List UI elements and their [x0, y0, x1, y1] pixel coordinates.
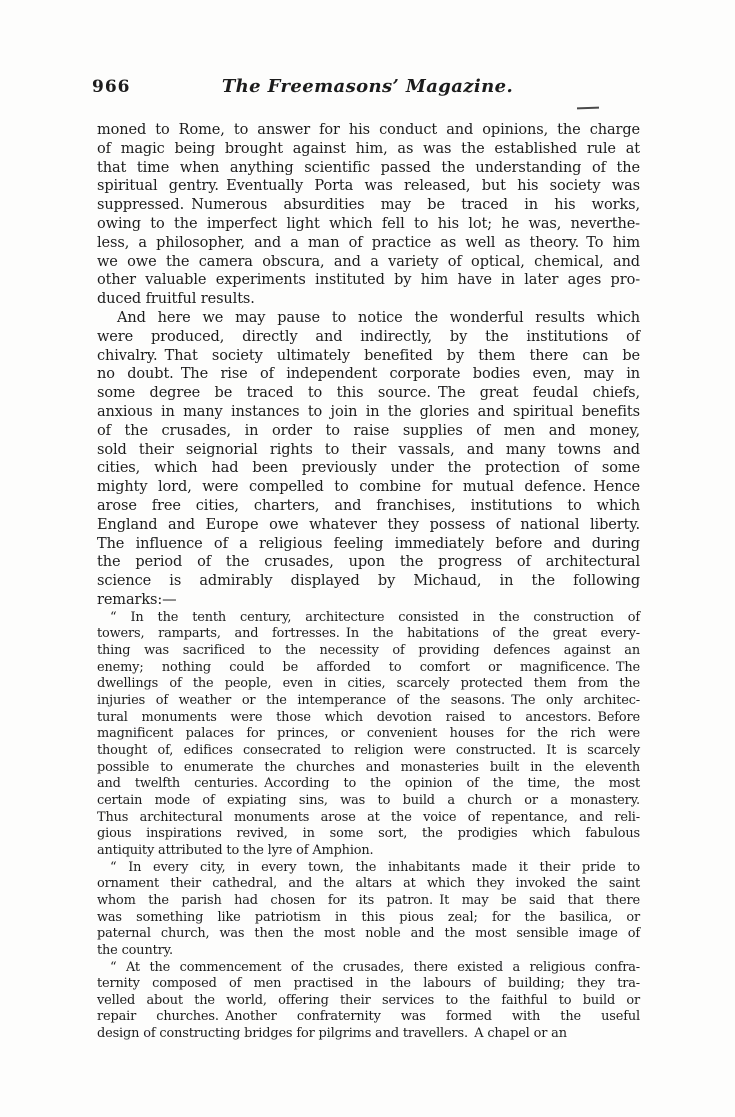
- text-line: less, a philosopher, and a man of practi…: [97, 234, 640, 253]
- text-line: gious inspirations revived, in some sort…: [97, 826, 640, 843]
- text-line: “ In the tenth century, architecture con…: [97, 610, 640, 627]
- text-line: enemy; nothing could be afforded to comf…: [97, 660, 640, 677]
- text-line: anxious in many instances to join in the…: [97, 403, 640, 422]
- text-line: some degree be traced to this source. Th…: [97, 384, 640, 403]
- text-line: science is admirably displayed by Michau…: [97, 572, 640, 591]
- ink-dash-mark: [577, 107, 599, 110]
- text-body: moned to Rome, to answer for his conduct…: [97, 121, 640, 1043]
- text-line: remarks:—: [97, 591, 640, 610]
- text-line: thing was sacrificed to the necessity of…: [97, 643, 640, 660]
- text-line: and twelfth centuries. According to the …: [97, 776, 640, 793]
- text-line: was something like patriotism in this pi…: [97, 910, 640, 927]
- text-line: moned to Rome, to answer for his conduct…: [97, 121, 640, 140]
- text-line: The influence of a religious feeling imm…: [97, 535, 640, 554]
- text-line: design of constructing bridges for pilgr…: [97, 1026, 640, 1043]
- text-line: dwellings of the people, even in cities,…: [97, 676, 640, 693]
- paragraph: “ In the tenth century, architecture con…: [97, 610, 640, 860]
- text-line: owing to the imperfect light which fell …: [97, 215, 640, 234]
- text-line: were produced, directly and indirectly, …: [97, 328, 640, 347]
- text-line: spiritual gentry. Eventually Porta was r…: [97, 177, 640, 196]
- text-line: Thus architectural monuments arose at th…: [97, 810, 640, 827]
- text-line: mighty lord, were compelled to combine f…: [97, 478, 640, 497]
- text-line: And here we may pause to notice the wond…: [97, 309, 640, 328]
- text-line: arose free cities, charters, and franchi…: [97, 497, 640, 516]
- text-line: we owe the camera obscura, and a variety…: [97, 253, 640, 272]
- text-line: paternal church, was then the most noble…: [97, 926, 640, 943]
- text-line: antiquity attributed to the lyre of Amph…: [97, 843, 640, 860]
- text-line: certain mode of expiating sins, was to b…: [97, 793, 640, 810]
- paragraph: moned to Rome, to answer for his conduct…: [97, 121, 640, 309]
- text-line: the country.: [97, 943, 640, 960]
- text-line: whom the parish had chosen for its patro…: [97, 893, 640, 910]
- text-line: magnificent palaces for princes, or conv…: [97, 726, 640, 743]
- page-header: 966 The Freemasons’ Magazine.: [0, 76, 735, 102]
- text-line: the period of the crusades, upon the pro…: [97, 553, 640, 572]
- paragraph: “ In every city, in every town, the inha…: [97, 860, 640, 960]
- text-line: chivalry. That society ultimately benefi…: [97, 347, 640, 366]
- paragraph: And here we may pause to notice the wond…: [97, 309, 640, 610]
- running-title: The Freemasons’ Magazine.: [0, 76, 735, 97]
- text-line: sold their seignorial rights to their va…: [97, 441, 640, 460]
- text-line: of magic being brought against him, as w…: [97, 140, 640, 159]
- text-line: cities, which had been previously under …: [97, 459, 640, 478]
- text-line: of the crusades, in order to raise suppl…: [97, 422, 640, 441]
- text-line: possible to enumerate the churches and m…: [97, 760, 640, 777]
- text-line: velled about the world, offering their s…: [97, 993, 640, 1010]
- text-line: duced fruitful results.: [97, 290, 640, 309]
- text-line: ornament their cathedral, and the altars…: [97, 876, 640, 893]
- text-line: that time when anything scientific passe…: [97, 159, 640, 178]
- text-line: England and Europe owe whatever they pos…: [97, 516, 640, 535]
- text-line: “ At the commencement of the crusades, t…: [97, 960, 640, 977]
- text-line: “ In every city, in every town, the inha…: [97, 860, 640, 877]
- text-line: suppressed. Numerous absurdities may be …: [97, 196, 640, 215]
- paragraph: “ At the commencement of the crusades, t…: [97, 960, 640, 1043]
- text-line: tural monuments were those which devotio…: [97, 710, 640, 727]
- text-line: injuries of weather or the intemperance …: [97, 693, 640, 710]
- text-line: repair churches. Another confraternity w…: [97, 1009, 640, 1026]
- document-page: 966 The Freemasons’ Magazine. moned to R…: [0, 0, 735, 1117]
- text-line: towers, ramparts, and fortresses. In the…: [97, 626, 640, 643]
- text-line: ternity composed of men practised in the…: [97, 976, 640, 993]
- text-line: no doubt. The rise of independent corpor…: [97, 365, 640, 384]
- text-line: other valuable experiments instituted by…: [97, 271, 640, 290]
- text-line: thought of, edifices consecrated to reli…: [97, 743, 640, 760]
